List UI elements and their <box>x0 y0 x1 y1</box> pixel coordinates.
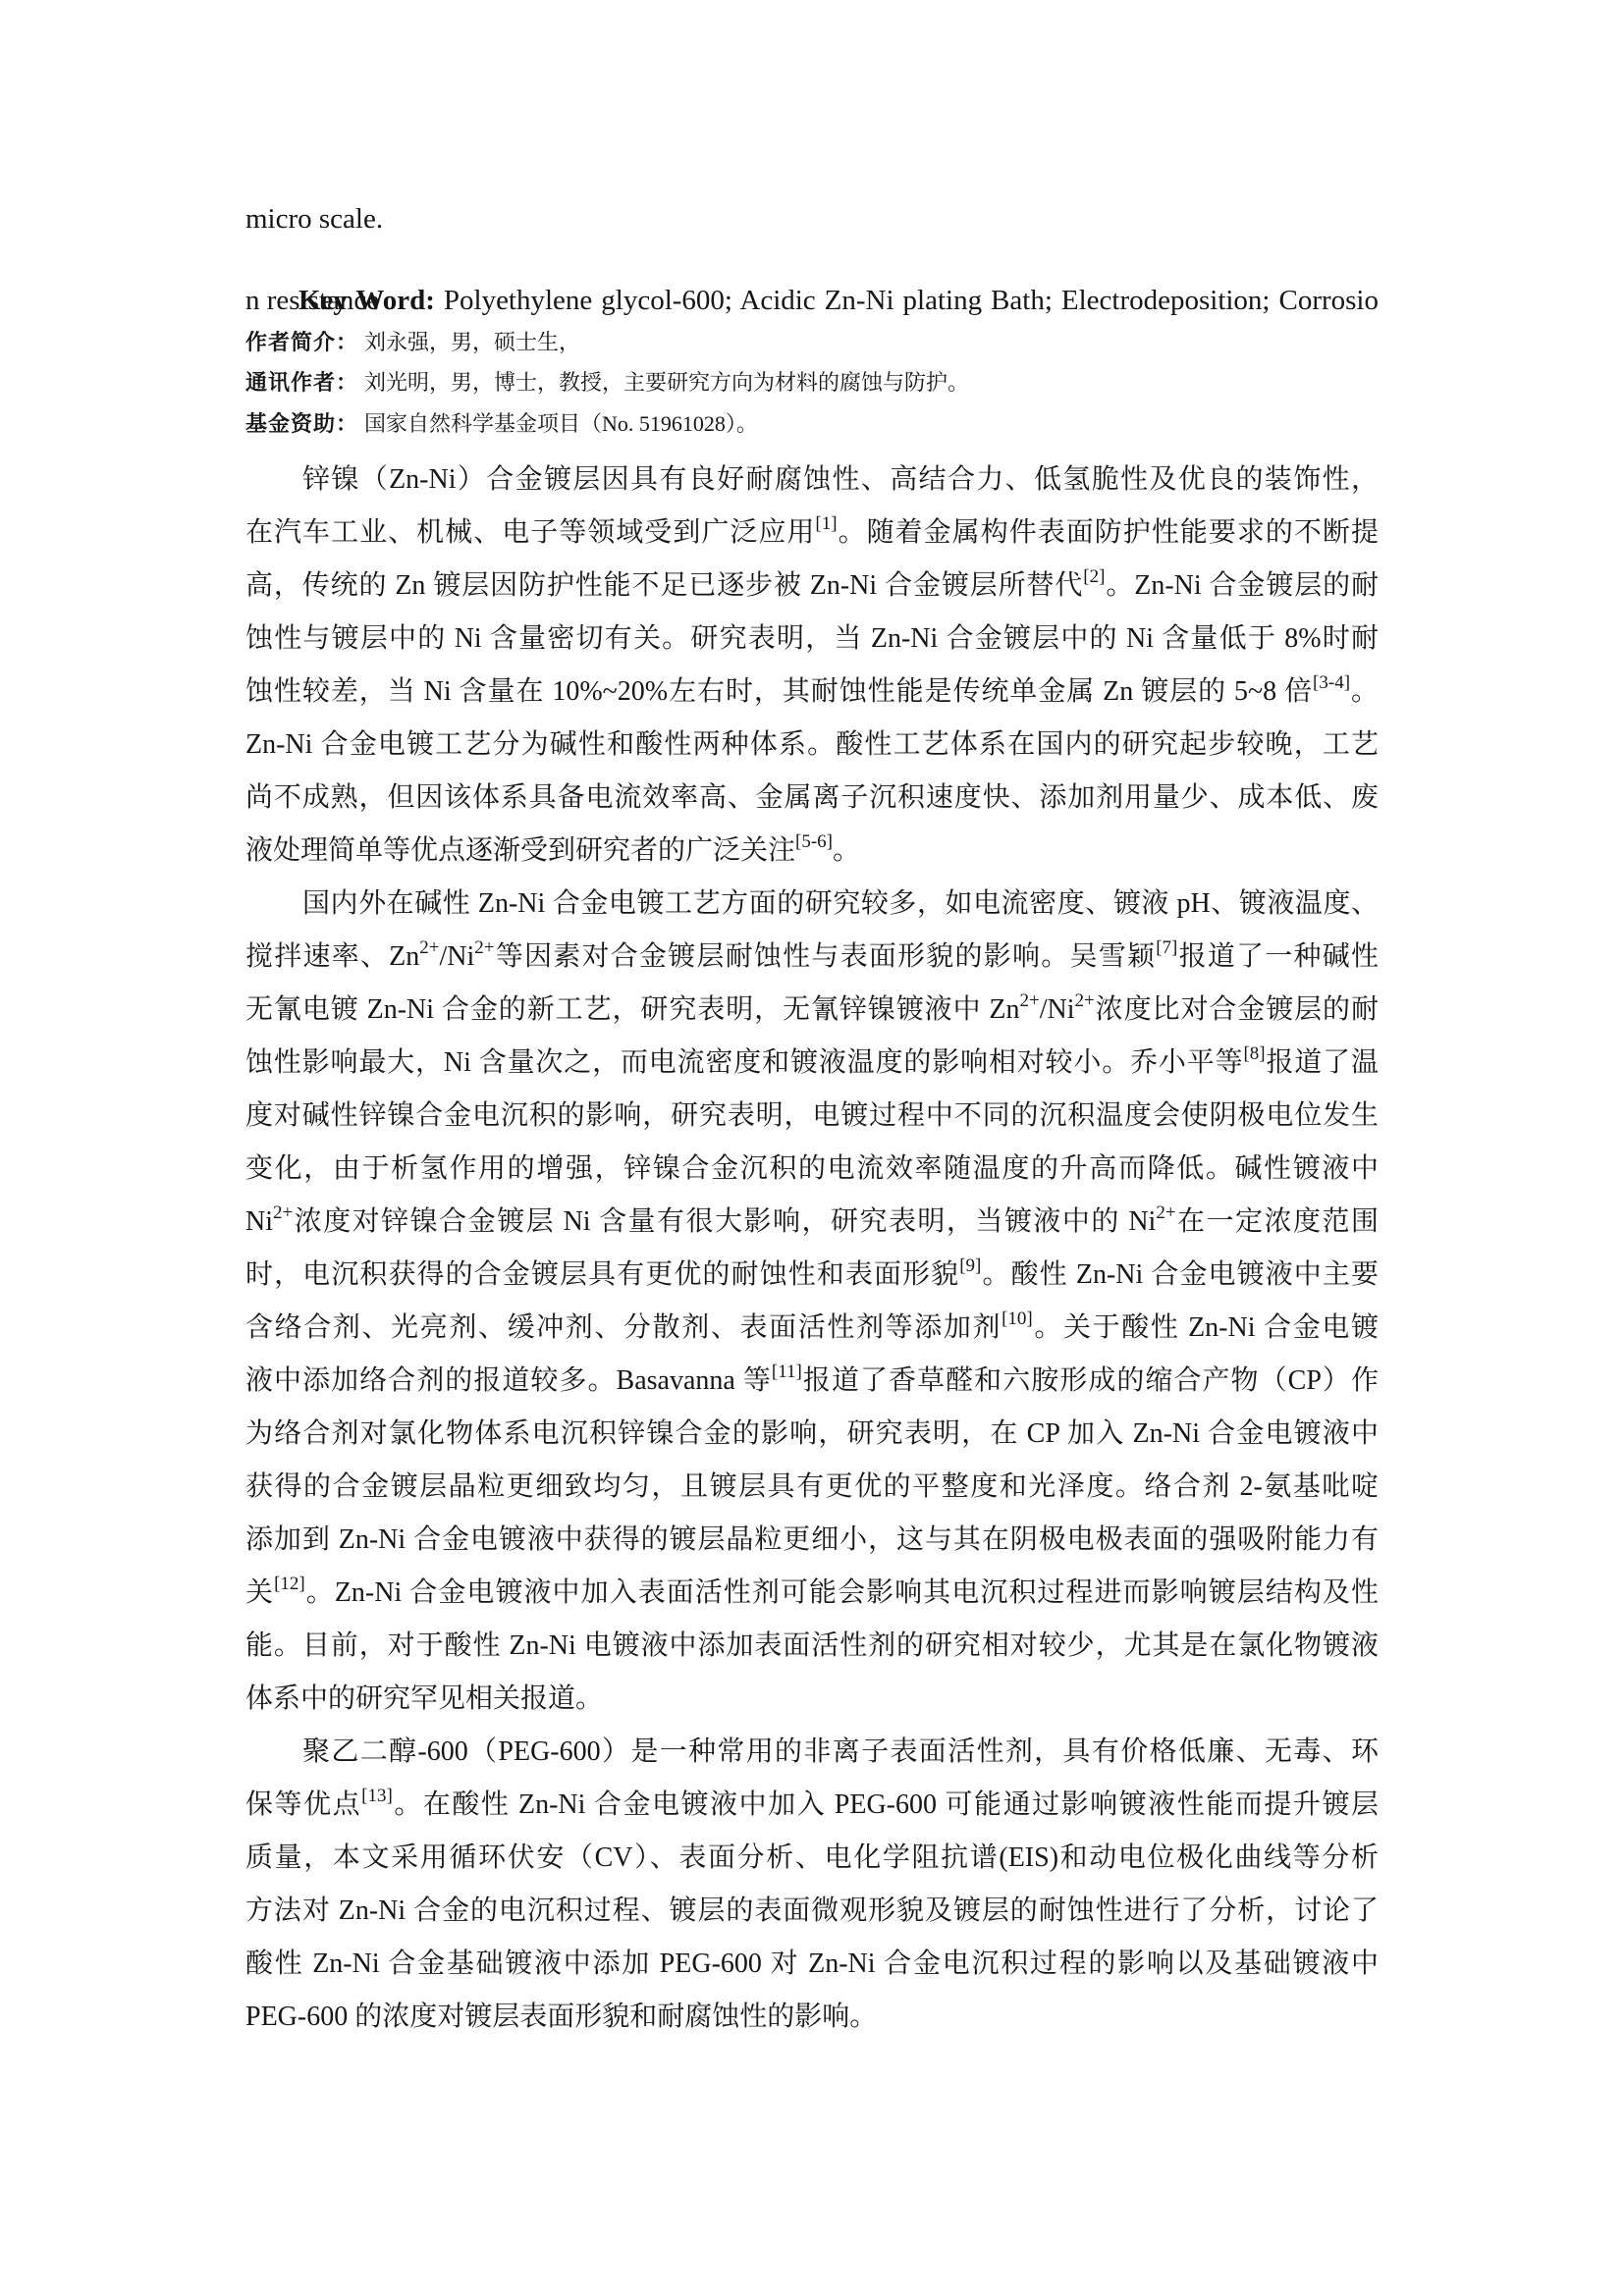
funding-line: 基金资助：国家自然科学基金项目（No. 51961028）。 <box>245 403 1379 445</box>
citation-superscript: 2+ <box>273 1202 293 1223</box>
citation-superscript: [2] <box>1083 566 1105 587</box>
body-line: PEG-600 的浓度对镀层表面形貌和耐腐蚀性的影响。 <box>245 1991 1379 2044</box>
citation-superscript: [3-4] <box>1313 672 1350 693</box>
body-line: 时，电沉积获得的合金镀层具有更优的耐蚀性和表面形貌[9]。酸性 Zn-Ni 合金… <box>245 1249 1379 1302</box>
keywords-text: Polyethylene glycol-600; Acidic Zn-Ni pl… <box>435 285 1379 316</box>
body-line: 含络合剂、光亮剂、缓冲剂、分散剂、表面活性剂等添加剂[10]。关于酸性 Zn-N… <box>245 1302 1379 1355</box>
body-line: 能。目前，对于酸性 Zn-Ni 电镀液中添加表面活性剂的研究相对较少，尤其是在氯… <box>245 1620 1379 1673</box>
body-line: 变化，由于析氢作用的增强，锌镍合金沉积的电流效率随温度的升高而降低。碱性镀液中 <box>245 1143 1379 1196</box>
keywords-line: Key Word: Polyethylene glycol-600; Acidi… <box>245 240 1379 282</box>
citation-superscript: 2+ <box>419 937 439 958</box>
body-line: 高，传统的 Zn 镀层因防护性能不足已逐步被 Zn-Ni 合金镀层所替代[2]。… <box>245 560 1379 613</box>
body-paragraphs: 锌镍（Zn-Ni）合金镀层因具有良好耐腐蚀性、高结合力、低氢脆性及优良的装饰性，… <box>245 454 1379 2044</box>
citation-superscript: [8] <box>1243 1043 1265 1064</box>
body-line: 在汽车工业、机械、电子等领域受到广泛应用[1]。随着金属构件表面防护性能要求的不… <box>245 507 1379 560</box>
manuscript-page: micro scale. Key Word: Polyethylene glyc… <box>0 0 1624 2296</box>
body-line: 关[12]。Zn-Ni 合金电镀液中加入表面活性剂可能会影响其电沉积过程进而影响… <box>245 1567 1379 1620</box>
citation-superscript: [12] <box>274 1574 305 1594</box>
body-line: 保等优点[13]。在酸性 Zn-Ni 合金电镀液中加入 PEG-600 可能通过… <box>245 1779 1379 1832</box>
body-line: 液处理简单等优点逐渐受到研究者的广泛关注[5-6]。 <box>245 825 1379 878</box>
author-bio-text: 刘永强，男，硕士生， <box>364 330 580 354</box>
citation-superscript: [13] <box>361 1786 393 1806</box>
citation-superscript: [7] <box>1156 937 1177 958</box>
citation-superscript: [10] <box>1001 1308 1033 1329</box>
body-line: 蚀性较差，当 Ni 含量在 10%~20%左右时，其耐蚀性能是传统单金属 Zn … <box>245 666 1379 719</box>
citation-superscript: [5-6] <box>795 831 833 852</box>
body-line: 聚乙二醇-600（PEG-600）是一种常用的非离子表面活性剂，具有价格低廉、无… <box>245 1726 1379 1779</box>
funding-text: 国家自然科学基金项目（No. 51961028）。 <box>364 411 758 436</box>
citation-superscript: 2+ <box>474 937 494 958</box>
body-line: 无氰电镀 Zn-Ni 合金的新工艺，研究表明，无氰锌镍镀液中 Zn2+/Ni2+… <box>245 984 1379 1037</box>
body-line: 质量，本文采用循环伏安（CV）、表面分析、电化学阻抗谱(EIS)和动电位极化曲线… <box>245 1832 1379 1885</box>
author-bio-label: 作者简介： <box>245 330 358 354</box>
corresponding-author-label: 通讯作者： <box>245 370 358 395</box>
body-line: Zn-Ni 合金电镀工艺分为碱性和酸性两种体系。酸性工艺体系在国内的研究起步较晚… <box>245 719 1379 772</box>
page: { "page": { "width": 1654, "height": 233… <box>0 0 1624 2296</box>
body-line: 度对碱性锌镍合金电沉积的影响，研究表明，电镀过程中不同的沉积温度会使阴极电位发生 <box>245 1090 1379 1143</box>
body-line: 体系中的研究罕见相关报道。 <box>245 1673 1379 1726</box>
abstract-tail-line: micro scale. <box>245 199 1379 240</box>
body-line: 搅拌速率、Zn2+/Ni2+等因素对合金镀层耐蚀性与表面形貌的影响。吴雪颖[7]… <box>245 931 1379 984</box>
citation-superscript: 2+ <box>1075 990 1095 1011</box>
body-line: 蚀性与镀层中的 Ni 含量密切有关。研究表明，当 Zn-Ni 合金镀层中的 Ni… <box>245 613 1379 666</box>
body-line: Ni2+浓度对锌镍合金镀层 Ni 含量有很大影响，研究表明，当镀液中的 Ni2+… <box>245 1196 1379 1249</box>
body-line: 蚀性影响最大，Ni 含量次之，而电流密度和镀液温度的影响相对较小。乔小平等[8]… <box>245 1037 1379 1090</box>
citation-superscript: [1] <box>815 513 837 534</box>
author-bio-line: 作者简介：刘永强，男，硕士生， <box>245 322 1379 363</box>
body-line: 锌镍（Zn-Ni）合金镀层因具有良好耐腐蚀性、高结合力、低氢脆性及优良的装饰性， <box>245 454 1379 507</box>
funding-label: 基金资助： <box>245 411 358 436</box>
abstract-keywords-block: micro scale. Key Word: Polyethylene glyc… <box>245 199 1379 444</box>
body-line: 国内外在碱性 Zn-Ni 合金电镀工艺方面的研究较多，如电流密度、镀液 pH、镀… <box>245 878 1379 931</box>
body-line: 液中添加络合剂的报道较多。Basavanna 等[11]报道了香草醛和六胺形成的… <box>245 1355 1379 1408</box>
citation-superscript: 2+ <box>1156 1202 1175 1223</box>
citation-superscript: 2+ <box>1020 990 1040 1011</box>
body-line: 方法对 Zn-Ni 合金的电沉积过程、镀层的表面微观形貌及镀层的耐蚀性进行了分析… <box>245 1885 1379 1938</box>
body-line: 获得的合金镀层晶粒更细致均匀，且镀层具有更优的平整度和光泽度。络合剂 2-氨基吡… <box>245 1461 1379 1514</box>
corresponding-author-line: 通讯作者：刘光明，男，博士，教授，主要研究方向为材料的腐蚀与防护。 <box>245 362 1379 403</box>
corresponding-author-text: 刘光明，男，博士，教授，主要研究方向为材料的腐蚀与防护。 <box>364 370 969 395</box>
body-line: 为络合剂对氯化物体系电沉积锌镍合金的影响，研究表明，在 CP 加入 Zn-Ni … <box>245 1408 1379 1461</box>
citation-superscript: [9] <box>959 1255 981 1276</box>
body-line: 添加到 Zn-Ni 合金电镀液中获得的镀层晶粒更细小，这与其在阴极电极表面的强吸… <box>245 1514 1379 1567</box>
citation-superscript: [11] <box>772 1362 802 1382</box>
body-line: 酸性 Zn-Ni 合金基础镀液中添加 PEG-600 对 Zn-Ni 合金电沉积… <box>245 1938 1379 1991</box>
body-line: 尚不成熟，但因该体系具备电流效率高、金属离子沉积速度快、添加剂用量少、成本低、废 <box>245 772 1379 825</box>
